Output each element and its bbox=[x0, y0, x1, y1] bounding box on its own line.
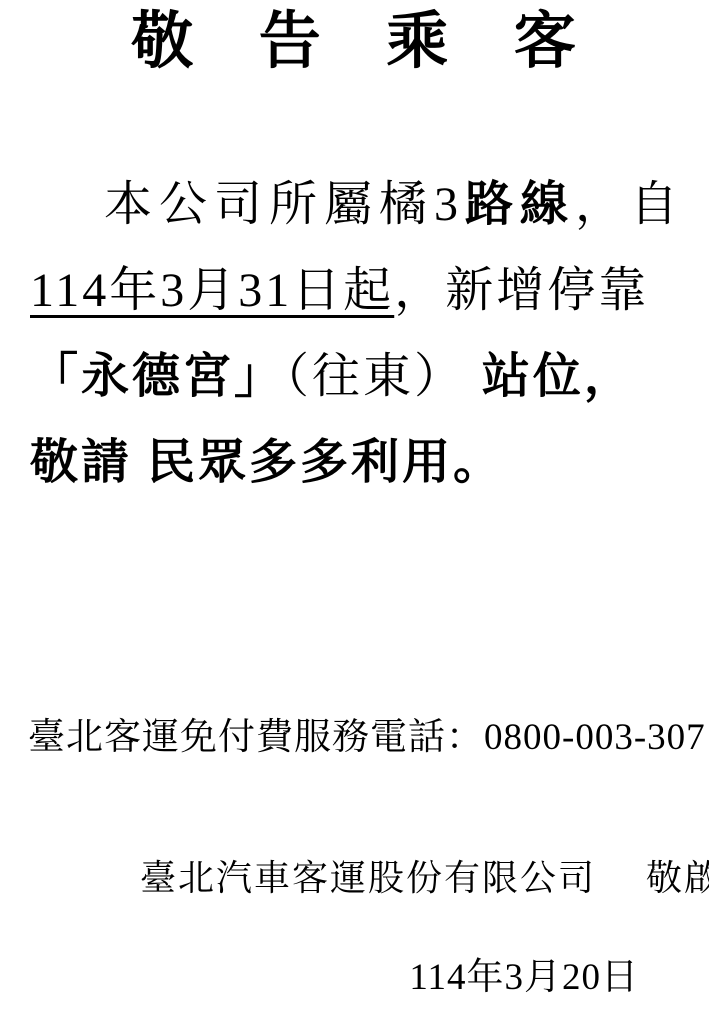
effective-date-underlined: 114年3月31日起 bbox=[30, 264, 394, 317]
closing-sentence-bold: 敬請 民眾多多利用。 bbox=[30, 436, 504, 489]
service-phone-line: 臺北客運免付費服務電話：0800-003-307 bbox=[28, 706, 706, 760]
signature-line: 臺北汽車客運股份有限公司敬啟 bbox=[140, 850, 709, 901]
date-line-tail: ，新增停靠 bbox=[394, 264, 649, 317]
station-direction: （往東） bbox=[285, 350, 465, 403]
page-title: 敬 告 乘 客 bbox=[0, 4, 709, 82]
route-name-bold: 路線 bbox=[465, 178, 575, 231]
body-line-closing: 敬請 民眾多多利用。 bbox=[30, 420, 693, 506]
date-line: 114年3月20日 bbox=[409, 946, 639, 1000]
notice-body: 本公司所屬橘3路線，自 114年3月31日起，新增停靠 「永德宮」（往東）站位，… bbox=[30, 162, 693, 506]
station-line-tail-bold: 站位， bbox=[482, 350, 635, 403]
company-name: 臺北汽車客運股份有限公司 bbox=[140, 858, 596, 898]
body-line-date: 114年3月31日起，新增停靠 bbox=[30, 248, 693, 334]
body-line-route: 本公司所屬橘3路線，自 bbox=[30, 162, 693, 248]
route-line-prefix: 本公司所屬橘3 bbox=[104, 178, 465, 231]
signature-closing: 敬啟 bbox=[646, 858, 709, 898]
route-line-tail: ，自 bbox=[575, 178, 685, 231]
body-line-station: 「永德宮」（往東）站位， bbox=[30, 334, 693, 420]
station-name-bold: 「永德宮」 bbox=[30, 350, 285, 403]
notice-page: 敬 告 乘 客 本公司所屬橘3路線，自 114年3月31日起，新增停靠 「永德宮… bbox=[0, 0, 709, 1024]
